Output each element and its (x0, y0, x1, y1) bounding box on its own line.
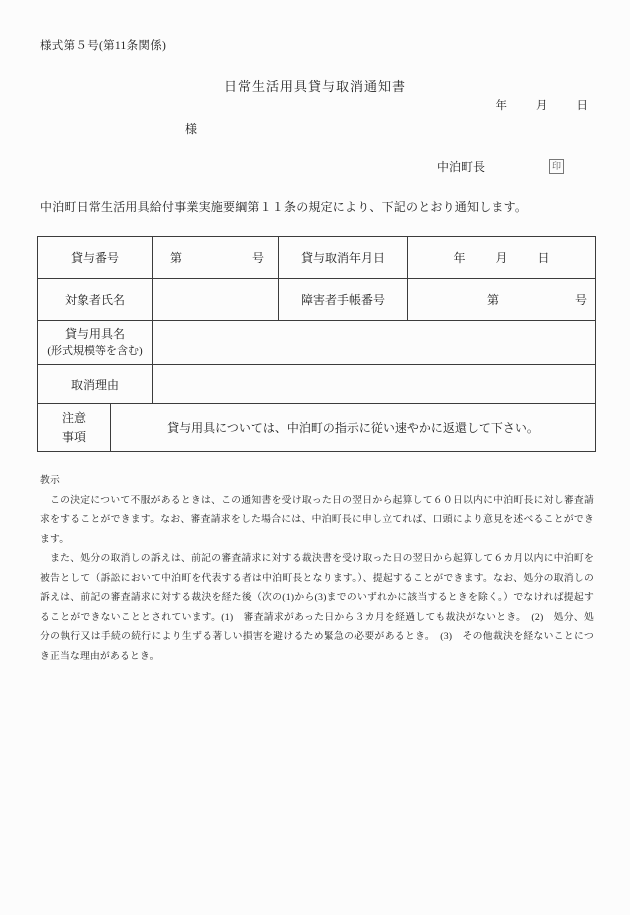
cancel-reason-label: 取消理由 (38, 365, 153, 403)
caution-label: 注意 事項 (38, 404, 111, 451)
equipment-value-cell (153, 321, 595, 364)
date-day-label: 日 (577, 97, 589, 113)
equipment-label-line1: 貸与用具名 (65, 325, 125, 344)
form-number: 様式第５号(第11条関係) (40, 37, 166, 53)
handbook-number-suffix: 号 (575, 291, 587, 308)
subject-name-label: 対象者氏名 (38, 279, 153, 320)
caution-label-line1: 注意 (62, 409, 86, 428)
table-row-subject: 対象者氏名 障害者手帳番号 第 号 (38, 279, 595, 321)
subject-name-value-cell (153, 279, 279, 320)
appeal-paragraph-1: この決定について不服があるときは、この通知書を受け取った日の翌日から起算して６０… (40, 491, 594, 550)
issue-date-line: 年 月 日 (496, 97, 589, 113)
loan-number-label: 貸与番号 (38, 237, 153, 278)
appeal-paragraph-2: また、処分の取消しの訴えは、前記の審査請求に対する裁決書を受け取った日の翌日から… (40, 549, 594, 666)
table-row-cancel-reason: 取消理由 (38, 365, 595, 404)
loan-number-prefix: 第 (170, 249, 182, 266)
loan-number-suffix: 号 (252, 249, 264, 266)
equipment-label: 貸与用具名 (形式規模等を含む) (38, 321, 153, 364)
table-row-caution: 注意 事項 貸与用具については、中泊町の指示に従い速やかに返還して下さい。 (38, 404, 595, 451)
cancel-date-day-label: 日 (538, 249, 550, 266)
loan-number-value-cell: 第 号 (153, 237, 279, 278)
date-month-label: 月 (536, 97, 548, 113)
cancel-date-year-label: 年 (453, 249, 465, 266)
issuer-line: 中泊町長 印 (437, 158, 597, 175)
table-row-loan-number: 貸与番号 第 号 貸与取消年月日 年 月 日 (38, 237, 595, 279)
addressee-suffix: 様 (185, 120, 197, 137)
cancel-reason-value-cell (153, 365, 595, 403)
appeal-instructions: 教示 この決定について不服があるときは、この通知書を受け取った日の翌日から起算し… (40, 471, 594, 666)
table-row-equipment: 貸与用具名 (形式規模等を含む) (38, 321, 595, 365)
document-page: { "page": { "form_number": "様式第５号(第11条関係… (0, 0, 630, 915)
cancel-date-label: 貸与取消年月日 (279, 237, 408, 278)
equipment-label-line2: (形式規模等を含む) (47, 343, 142, 360)
issuer-title: 中泊町長 (437, 158, 485, 175)
intro-paragraph: 中泊町日常生活用具給付事業実施要綱第１１条の規定により、下記のとおり通知します。 (40, 198, 580, 215)
official-seal-icon: 印 (549, 159, 564, 174)
handbook-number-value-cell: 第 号 (408, 279, 595, 320)
caution-label-line2: 事項 (62, 428, 86, 447)
notice-table: 貸与番号 第 号 貸与取消年月日 年 月 日 対象者氏名 障害者手帳番号 第 号… (37, 236, 596, 452)
date-year-label: 年 (496, 97, 508, 113)
cancel-date-value-cell: 年 月 日 (408, 237, 595, 278)
cancel-date-month-label: 月 (495, 249, 507, 266)
handbook-number-prefix: 第 (487, 291, 499, 308)
document-title: 日常生活用具貸与取消通知書 (0, 76, 630, 95)
handbook-number-label: 障害者手帳番号 (279, 279, 408, 320)
appeal-instructions-heading: 教示 (40, 471, 594, 491)
caution-value-cell: 貸与用具については、中泊町の指示に従い速やかに返還して下さい。 (111, 404, 595, 451)
